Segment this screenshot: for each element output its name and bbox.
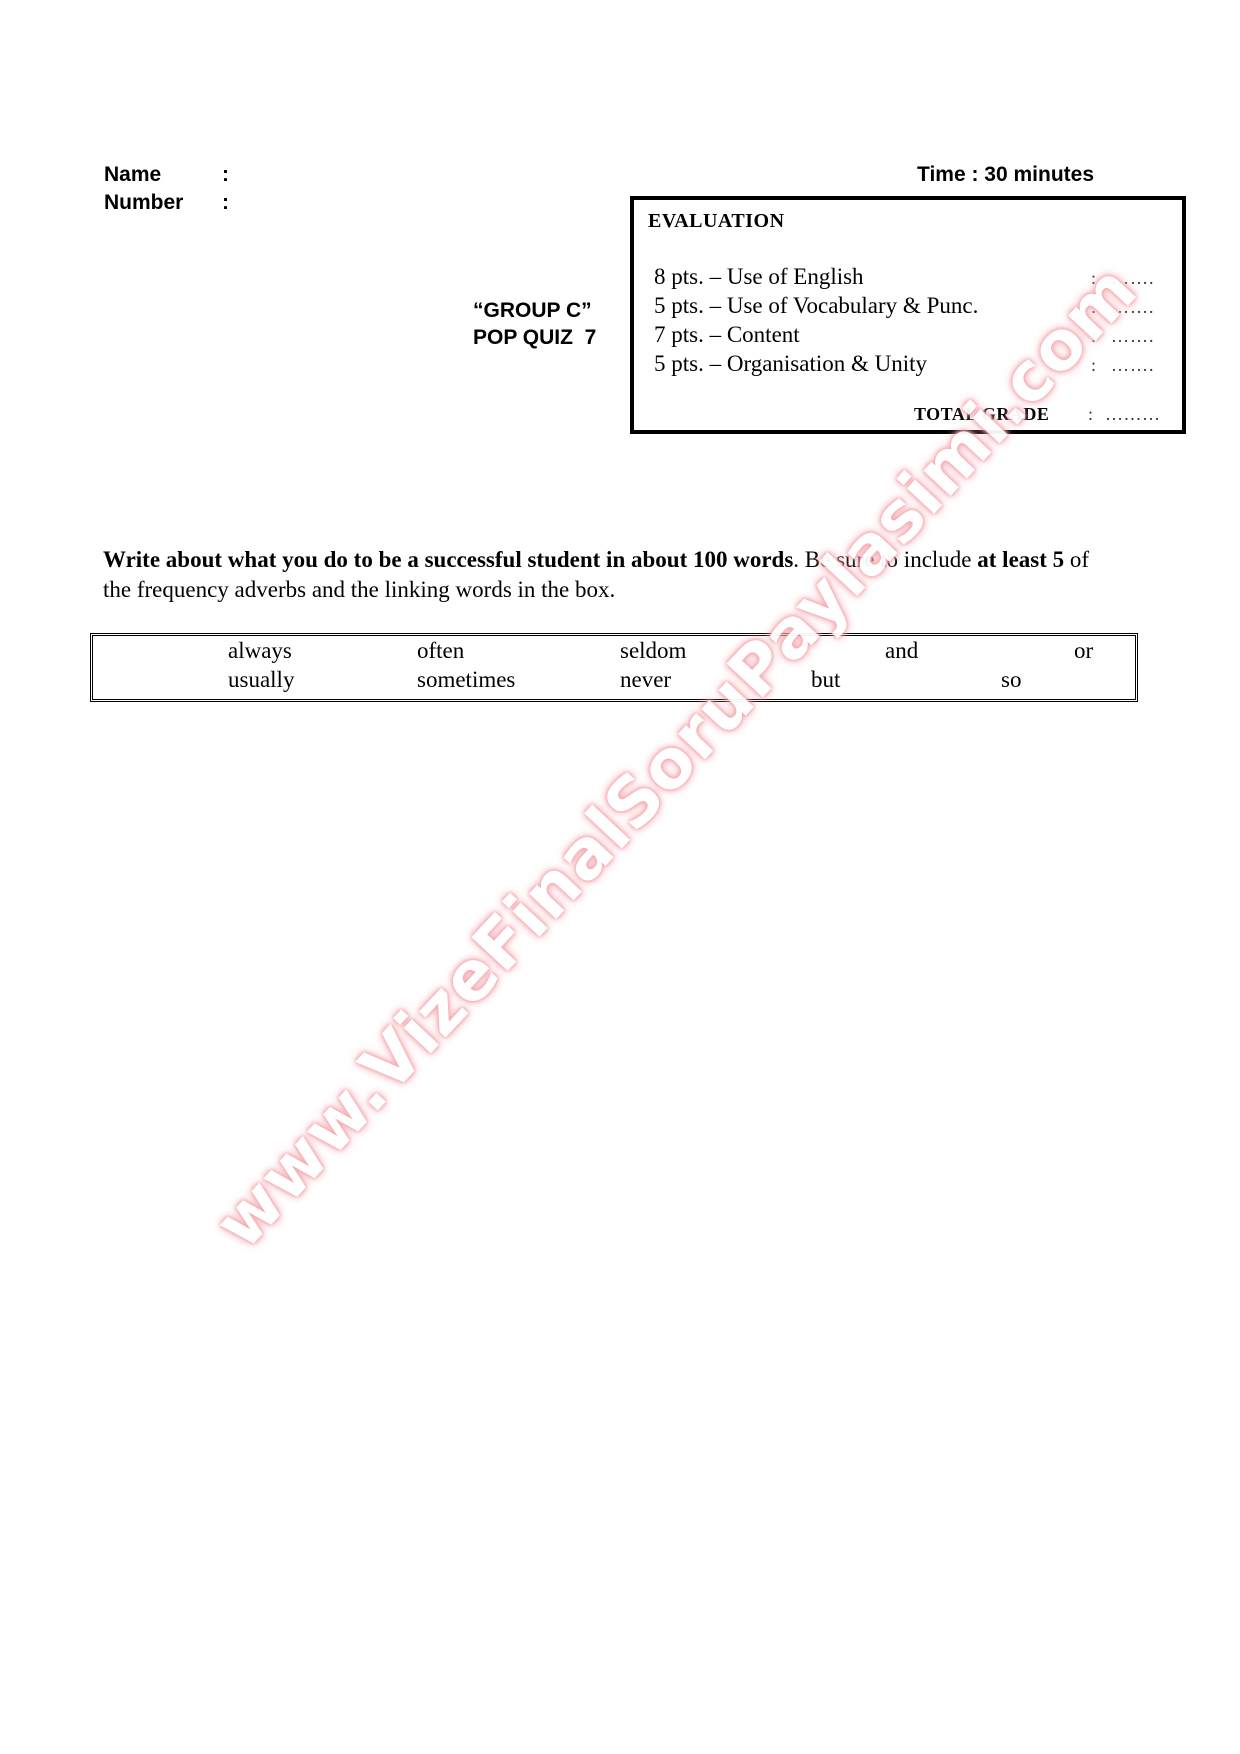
word-item: sometimes xyxy=(417,667,515,693)
word-item: so xyxy=(1001,667,1021,693)
time-limit: Time : 30 minutes xyxy=(917,163,1094,187)
total-grade-blank[interactable]: ……… xyxy=(1105,404,1161,425)
group-label: “GROUP C” xyxy=(473,299,592,323)
eval-row-label: 7 pts. – Content xyxy=(654,322,800,348)
number-colon: : xyxy=(222,191,229,215)
eval-row-label: 5 pts. – Organisation & Unity xyxy=(654,351,927,377)
total-grade-colon: : xyxy=(1088,404,1093,425)
word-item: never xyxy=(620,667,671,693)
name-colon: : xyxy=(222,163,229,187)
eval-row-label: 8 pts. – Use of English xyxy=(654,264,864,290)
word-item: always xyxy=(228,638,292,664)
quiz-title: POP QUIZ 7 xyxy=(473,326,596,350)
word-item: often xyxy=(417,638,464,664)
word-item: or xyxy=(1074,638,1093,664)
instructions-task: Write about what you do to be a successf… xyxy=(103,547,793,572)
evaluation-title: EVALUATION xyxy=(648,210,785,233)
word-item: seldom xyxy=(620,638,686,664)
number-label: Number xyxy=(104,191,183,215)
word-item: but xyxy=(811,667,840,693)
instructions-emphasis: at least 5 xyxy=(977,547,1064,572)
eval-row-label: 5 pts. – Use of Vocabulary & Punc. xyxy=(654,293,978,319)
name-label: Name xyxy=(104,163,161,187)
word-item: and xyxy=(885,638,918,664)
word-item: usually xyxy=(228,667,294,693)
instructions: Write about what you do to be a successf… xyxy=(103,545,1103,605)
eval-row-blank[interactable]: ……. xyxy=(1111,355,1155,376)
